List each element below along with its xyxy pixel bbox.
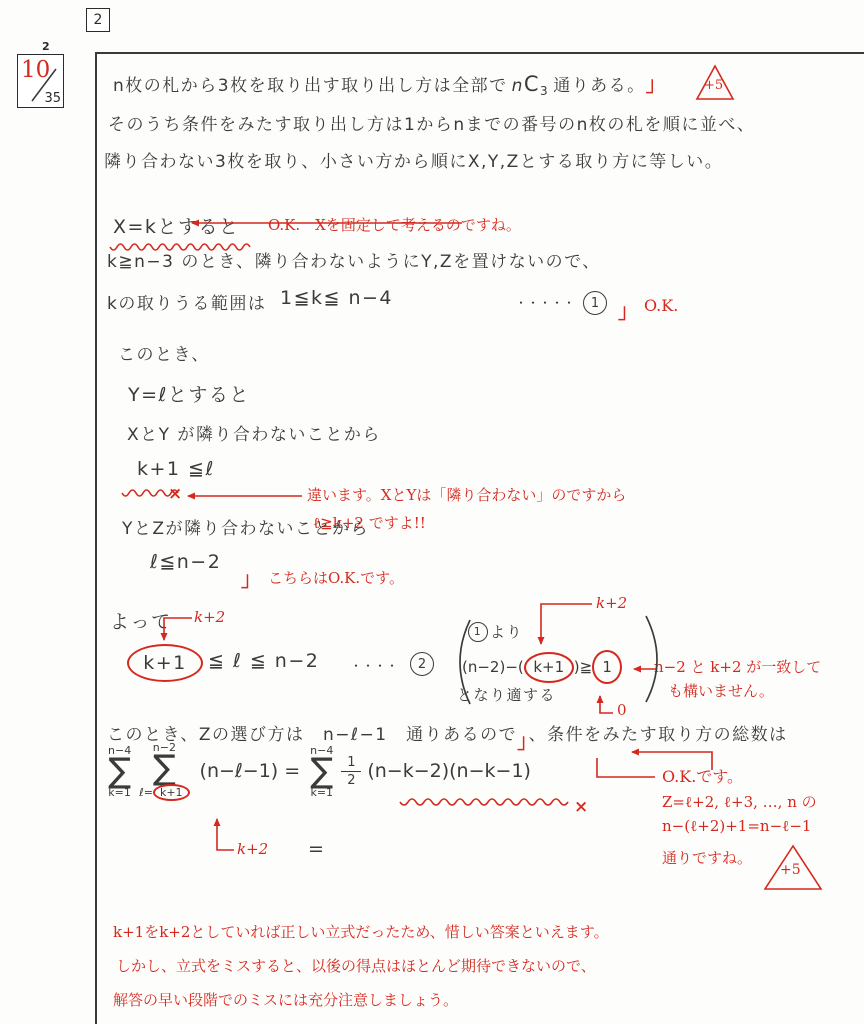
range-k-label: kの取りうる範囲は xyxy=(107,289,266,314)
konotoki-line: このとき、 xyxy=(118,340,210,365)
assume-y-line: Y=ℓとすると xyxy=(128,380,250,407)
continued-equals: = xyxy=(308,838,325,860)
grader-wrong-note-1: 違います。XとYは「隣り合わない」のですから xyxy=(307,484,626,505)
fraction-bar xyxy=(341,771,361,772)
paren-row-1: 1 より xyxy=(468,621,523,642)
answer-line-3: 隣り合わない3枚を取り、小さい方から順にX,Y,Zとする取り方に等しい。 xyxy=(104,147,723,172)
eq2-rest: ≦ ℓ ≦ n−2 xyxy=(208,650,319,672)
grader-match-note-2: も構いません。 xyxy=(668,680,774,701)
wrong-cross-2: × xyxy=(574,797,588,817)
z-count-b: 、条件をみたす取り方の総数は xyxy=(529,725,788,745)
range-k-expr: 1≦k≦ n−4 xyxy=(280,287,393,309)
range-k-dots: ・・・・・ xyxy=(515,294,575,311)
k2-label-2: k+2 xyxy=(596,594,627,612)
grader-comment-3: 解答の早い段階でのミスには充分注意しましょう。 xyxy=(113,989,458,1010)
score-denominator: 35 xyxy=(44,91,61,106)
grader-kochira-ok: こちらはO.K.です。 xyxy=(268,567,404,588)
wrong-cross-1: × xyxy=(168,484,182,504)
grader-comment-2: しかし、立式をミスすると、以後の得点はほとんど期待できないので、 xyxy=(116,955,596,976)
sigma-1-symbol: ∑ xyxy=(108,756,131,787)
grader-bracket-2: 」 xyxy=(618,295,638,324)
paren-yori: より xyxy=(490,621,523,642)
grader-z-note-2: n−(ℓ+2)+1=n−ℓ−1 xyxy=(662,817,811,836)
eq-number-2-digit: 2 xyxy=(418,657,426,672)
sigma-2: n−2 ∑ ℓ= k+1 xyxy=(139,742,189,801)
paren-row-2: (n−2)−( k+1 )≧ 1 xyxy=(462,650,622,684)
paren2-circled-1: 1 xyxy=(602,658,612,676)
eq2-dots: ・・・・ xyxy=(350,657,398,674)
problem-number-box: 2 xyxy=(86,8,110,32)
scanned-answer-sheet: 2 2 10 35 n枚の札から3枚を取り出す取り出し方は全部で n C 3 通… xyxy=(0,0,864,1024)
ineq-yz-line: ℓ≦n−2 xyxy=(150,551,221,573)
grader-ok-1: O.K. xyxy=(644,296,678,315)
answer-line-2: そのうち条件をみたす取り出し方は1からnまでの番号のn枚の札を順に並べ、 xyxy=(108,110,755,135)
line1-text-a: n枚の札から3枚を取り出す取り出し方は全部で xyxy=(113,71,508,96)
sigma-1-lower: k=1 xyxy=(108,787,131,798)
paren2-c: )≧ xyxy=(574,658,592,676)
plus5-badge-2: +5 xyxy=(780,862,801,878)
grader-bracket-3: 」 xyxy=(241,563,261,592)
paren-eq1-digit: 1 xyxy=(474,625,483,638)
problem-number: 2 xyxy=(94,12,103,28)
score-box: 10 35 xyxy=(17,54,64,108)
sigma-1: n−4 ∑ k=1 xyxy=(108,745,131,798)
sigma-3: n−4 ∑ k=1 xyxy=(310,745,333,798)
plus5-badge-1: +5 xyxy=(704,78,723,93)
grader-match-note-1: n−2 と k+2 が一致して xyxy=(654,656,821,677)
one-half-fraction: 1 2 xyxy=(341,756,361,787)
red-circle-paren-k1: k+1 xyxy=(524,652,574,683)
k2-label-3: k+2 xyxy=(237,840,268,858)
paren2-circled-k1: k+1 xyxy=(533,658,564,676)
k2-label-1: k+2 xyxy=(194,608,225,626)
combination-sub: 3 xyxy=(540,84,549,98)
cond-xy-line: XとY が隣り合わないことから xyxy=(127,420,381,445)
sigma-2-symbol: ∑ xyxy=(153,753,176,784)
fraction-numerator: 1 xyxy=(347,756,355,769)
line1-text-b: 通りある。 xyxy=(553,71,646,96)
sigma-2-lower: ℓ= k+1 xyxy=(139,784,189,801)
sum-body-2: (n−k−2)(n−k−1) xyxy=(367,760,531,782)
grader-z-note-1: Z=ℓ+2, ℓ+3, …, n の xyxy=(662,791,817,812)
assume-x-line: X=kとすると xyxy=(113,212,239,239)
red-circle-eq2-k1: k+1 xyxy=(127,644,203,682)
combination-n: n xyxy=(512,76,524,96)
sum-body-1: (n−ℓ−1) = xyxy=(200,760,301,782)
eq-number-2: 2 xyxy=(410,652,434,676)
paren2-a: (n−2)−( xyxy=(462,658,524,676)
sigma-2-lower-circled: k+1 xyxy=(160,787,183,798)
red-circle-sum-k1: k+1 xyxy=(153,784,190,801)
grader-z-note-3: 通りですね。 xyxy=(662,847,752,868)
ineq-xy-line: k+1 ≦ℓ xyxy=(137,458,215,480)
summation-line: n−4 ∑ k=1 n−2 ∑ ℓ= k+1 (n−ℓ−1) = n−4 ∑ k… xyxy=(108,742,531,801)
case-k-line: k≧n−3 のとき、隣り合わないようにY,Zを置けないので、 xyxy=(107,247,601,272)
combination-c: C xyxy=(524,72,540,96)
red-circle-paren-1: 1 xyxy=(592,650,622,684)
sigma-3-symbol: ∑ xyxy=(310,756,333,787)
eq2-circled-term: k+1 xyxy=(143,652,187,674)
paren-row-3: となり適する xyxy=(457,684,556,705)
grader-comment-1: k+1をk+2としていれば正しい立式だったため、惜しい答案といえます。 xyxy=(113,921,609,942)
sigma-2-lower-prefix: ℓ= xyxy=(139,787,153,798)
answer-line-1: n枚の札から3枚を取り出す取り出し方は全部で n C 3 通りある。 」 xyxy=(113,68,667,97)
score-numerator: 10 xyxy=(21,57,50,83)
grader-bracket-1: 」 xyxy=(646,68,668,97)
sigma-3-lower: k=1 xyxy=(310,787,333,798)
cond-yz-line: YとZが隣り合わないことから xyxy=(122,514,369,539)
fraction-denominator: 2 xyxy=(347,774,355,787)
grader-okdesu: O.K.です。 xyxy=(662,764,743,787)
grader-ok-x-note: O.K. Xを固定して考えるのですね。 xyxy=(268,214,521,235)
paren-eq1-ref: 1 xyxy=(468,622,488,642)
eq-number-1: 1 xyxy=(583,291,607,315)
yotte-line: よって xyxy=(110,607,172,634)
eq-number-1-digit: 1 xyxy=(591,296,599,311)
score-mark: 2 xyxy=(42,40,50,53)
